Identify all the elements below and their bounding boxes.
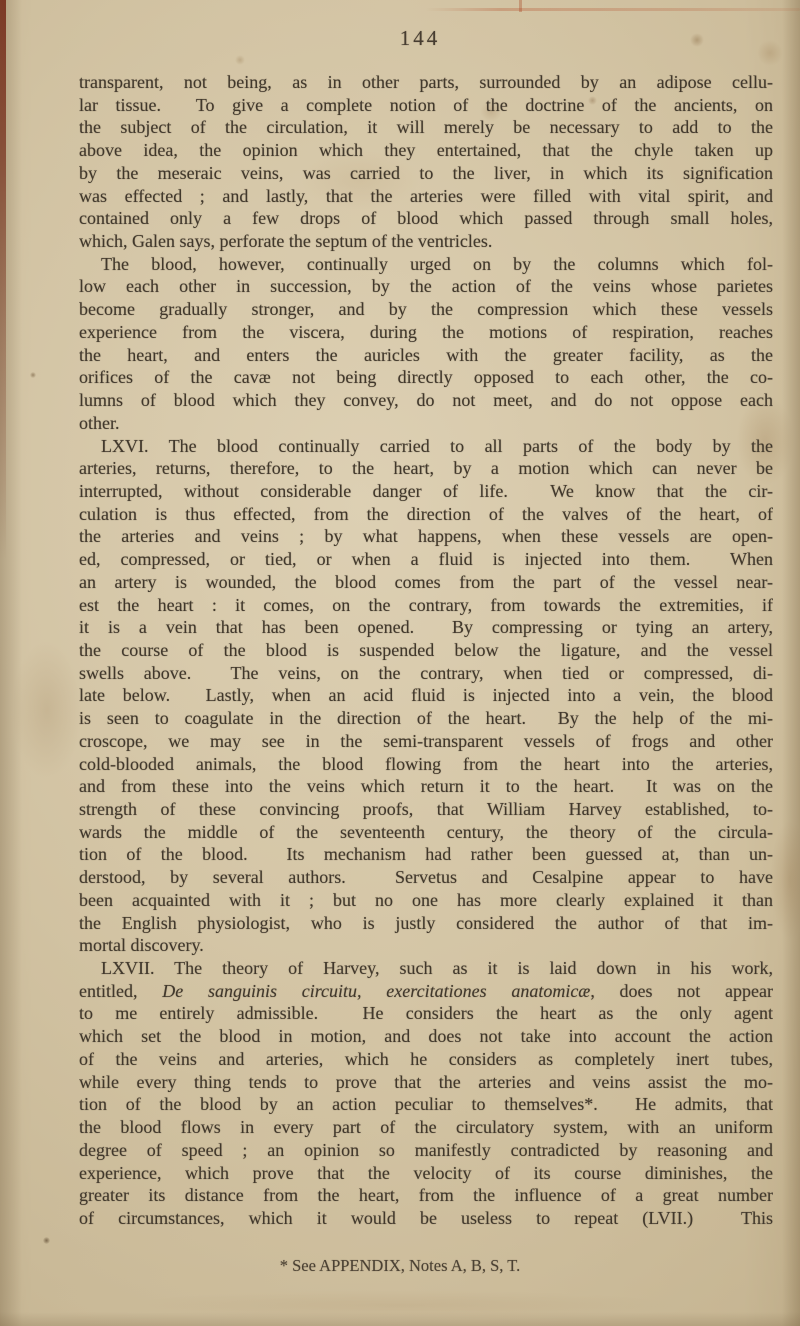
text-line: contained only a few drops of blood whic… xyxy=(79,207,773,230)
text-line: it is a vein that has been opened. By co… xyxy=(79,616,773,639)
text-line: orifices of the cavæ not being directly … xyxy=(79,366,773,389)
text-line: and from these into the veins which retu… xyxy=(79,775,773,798)
text-line: been acquainted with it ; but no one has… xyxy=(79,889,773,912)
text-line: was effected ; and lastly, that the arte… xyxy=(79,185,773,208)
text-line: interrupted, without considerable danger… xyxy=(79,480,773,503)
text-line: derstood, by several authors. Servetus a… xyxy=(79,866,773,889)
text-line: the course of the blood is suspended bel… xyxy=(79,639,773,662)
book-page-scan: 144 transparent, not being, as in other … xyxy=(0,0,800,1326)
text-line: an artery is wounded, the blood comes fr… xyxy=(79,571,773,594)
text-line: which set the blood in motion, and does … xyxy=(79,1025,773,1048)
footnote: * See APPENDIX, Notes A, B, S, T. xyxy=(0,1256,800,1276)
red-mark xyxy=(519,0,522,12)
text-line: by the meseraic veins, was carried to th… xyxy=(79,162,773,185)
text-line: is seen to coagulate in the direction of… xyxy=(79,707,773,730)
gutter-shadow xyxy=(0,0,22,1326)
fox-spot xyxy=(770,820,800,940)
text-line: tion of the blood by an action peculiar … xyxy=(79,1093,773,1116)
text-line: experience from the viscera, during the … xyxy=(79,321,773,344)
text-line: lar tissue. To give a complete notion of… xyxy=(79,94,773,117)
fox-spot xyxy=(43,1237,50,1244)
text-line: which, Galen says, perforate the septum … xyxy=(79,230,773,253)
text-line: est the heart : it comes, on the contrar… xyxy=(79,594,773,617)
binding-edge xyxy=(0,0,6,560)
fox-spot xyxy=(30,372,36,378)
text-line: tion of the blood. Its mechanism had rat… xyxy=(79,843,773,866)
text-line: culation is thus effected, from the dire… xyxy=(79,503,773,526)
text-line: to me entirely admissible. He considers … xyxy=(79,1002,773,1025)
fox-spot xyxy=(120,1290,680,1320)
page-edge-shadow xyxy=(782,0,800,1326)
text-line: the heart, and enters the auricles with … xyxy=(79,344,773,367)
text-line: become gradually stronger, and by the co… xyxy=(79,298,773,321)
text-line: the arteries and veins ; by what happens… xyxy=(79,525,773,548)
paragraph: The blood, however, continually urged on… xyxy=(79,253,773,435)
text-line: the blood flows in every part of the cir… xyxy=(79,1116,773,1139)
text-line: wards the middle of the seventeenth cent… xyxy=(79,821,773,844)
text-line: above idea, the opinion which they enter… xyxy=(79,139,773,162)
text-line: mortal discovery. xyxy=(79,934,773,957)
page-number: 144 xyxy=(0,26,800,51)
page-bottom-shadow xyxy=(0,1312,800,1326)
text-line: low each other in succession, by the act… xyxy=(79,275,773,298)
text-line: The blood, however, continually urged on… xyxy=(79,253,773,276)
text-line: cold-blooded animals, the blood flowing … xyxy=(79,753,773,776)
text-line: of circumstances, which it would be usel… xyxy=(79,1207,773,1230)
text-line: the subject of the circulation, it will … xyxy=(79,116,773,139)
text-line: LXVI. The blood continually carried to a… xyxy=(79,435,773,458)
text-line: arteries, returns, therefore, to the hea… xyxy=(79,457,773,480)
text-line: swells above. The veins, on the contrary… xyxy=(79,662,773,685)
paragraph: LXVII. The theory of Harvey, such as it … xyxy=(79,957,773,1230)
text-line: degree of speed ; an opinion so manifest… xyxy=(79,1139,773,1162)
fox-spot xyxy=(235,55,245,65)
red-smudge-line xyxy=(425,8,800,11)
text-line: experience, which prove that the velocit… xyxy=(79,1162,773,1185)
fox-spot xyxy=(12,640,82,780)
paragraph: transparent, not being, as in other part… xyxy=(79,71,773,253)
text-line: croscope, we may see in the semi-transpa… xyxy=(79,730,773,753)
text-line: greater its distance from the heart, fro… xyxy=(79,1184,773,1207)
text-line: while every thing tends to prove that th… xyxy=(79,1071,773,1094)
text-line: other. xyxy=(79,412,773,435)
text-line: entitled, De sanguinis circuitu, exercit… xyxy=(79,980,773,1003)
text-line: strength of these convincing proofs, tha… xyxy=(79,798,773,821)
text-line: of the veins and arteries, which he cons… xyxy=(79,1048,773,1071)
text-line: the English physiologist, who is justly … xyxy=(79,912,773,935)
text-line: ed, compressed, or tied, or when a fluid… xyxy=(79,548,773,571)
text-line: transparent, not being, as in other part… xyxy=(79,71,773,94)
paragraph: LXVI. The blood continually carried to a… xyxy=(79,435,773,958)
body-text: transparent, not being, as in other part… xyxy=(79,71,773,1230)
text-line: lumns of blood which they convey, do not… xyxy=(79,389,773,412)
text-line: late below. Lastly, when an acid fluid i… xyxy=(79,684,773,707)
text-line: LXVII. The theory of Harvey, such as it … xyxy=(79,957,773,980)
